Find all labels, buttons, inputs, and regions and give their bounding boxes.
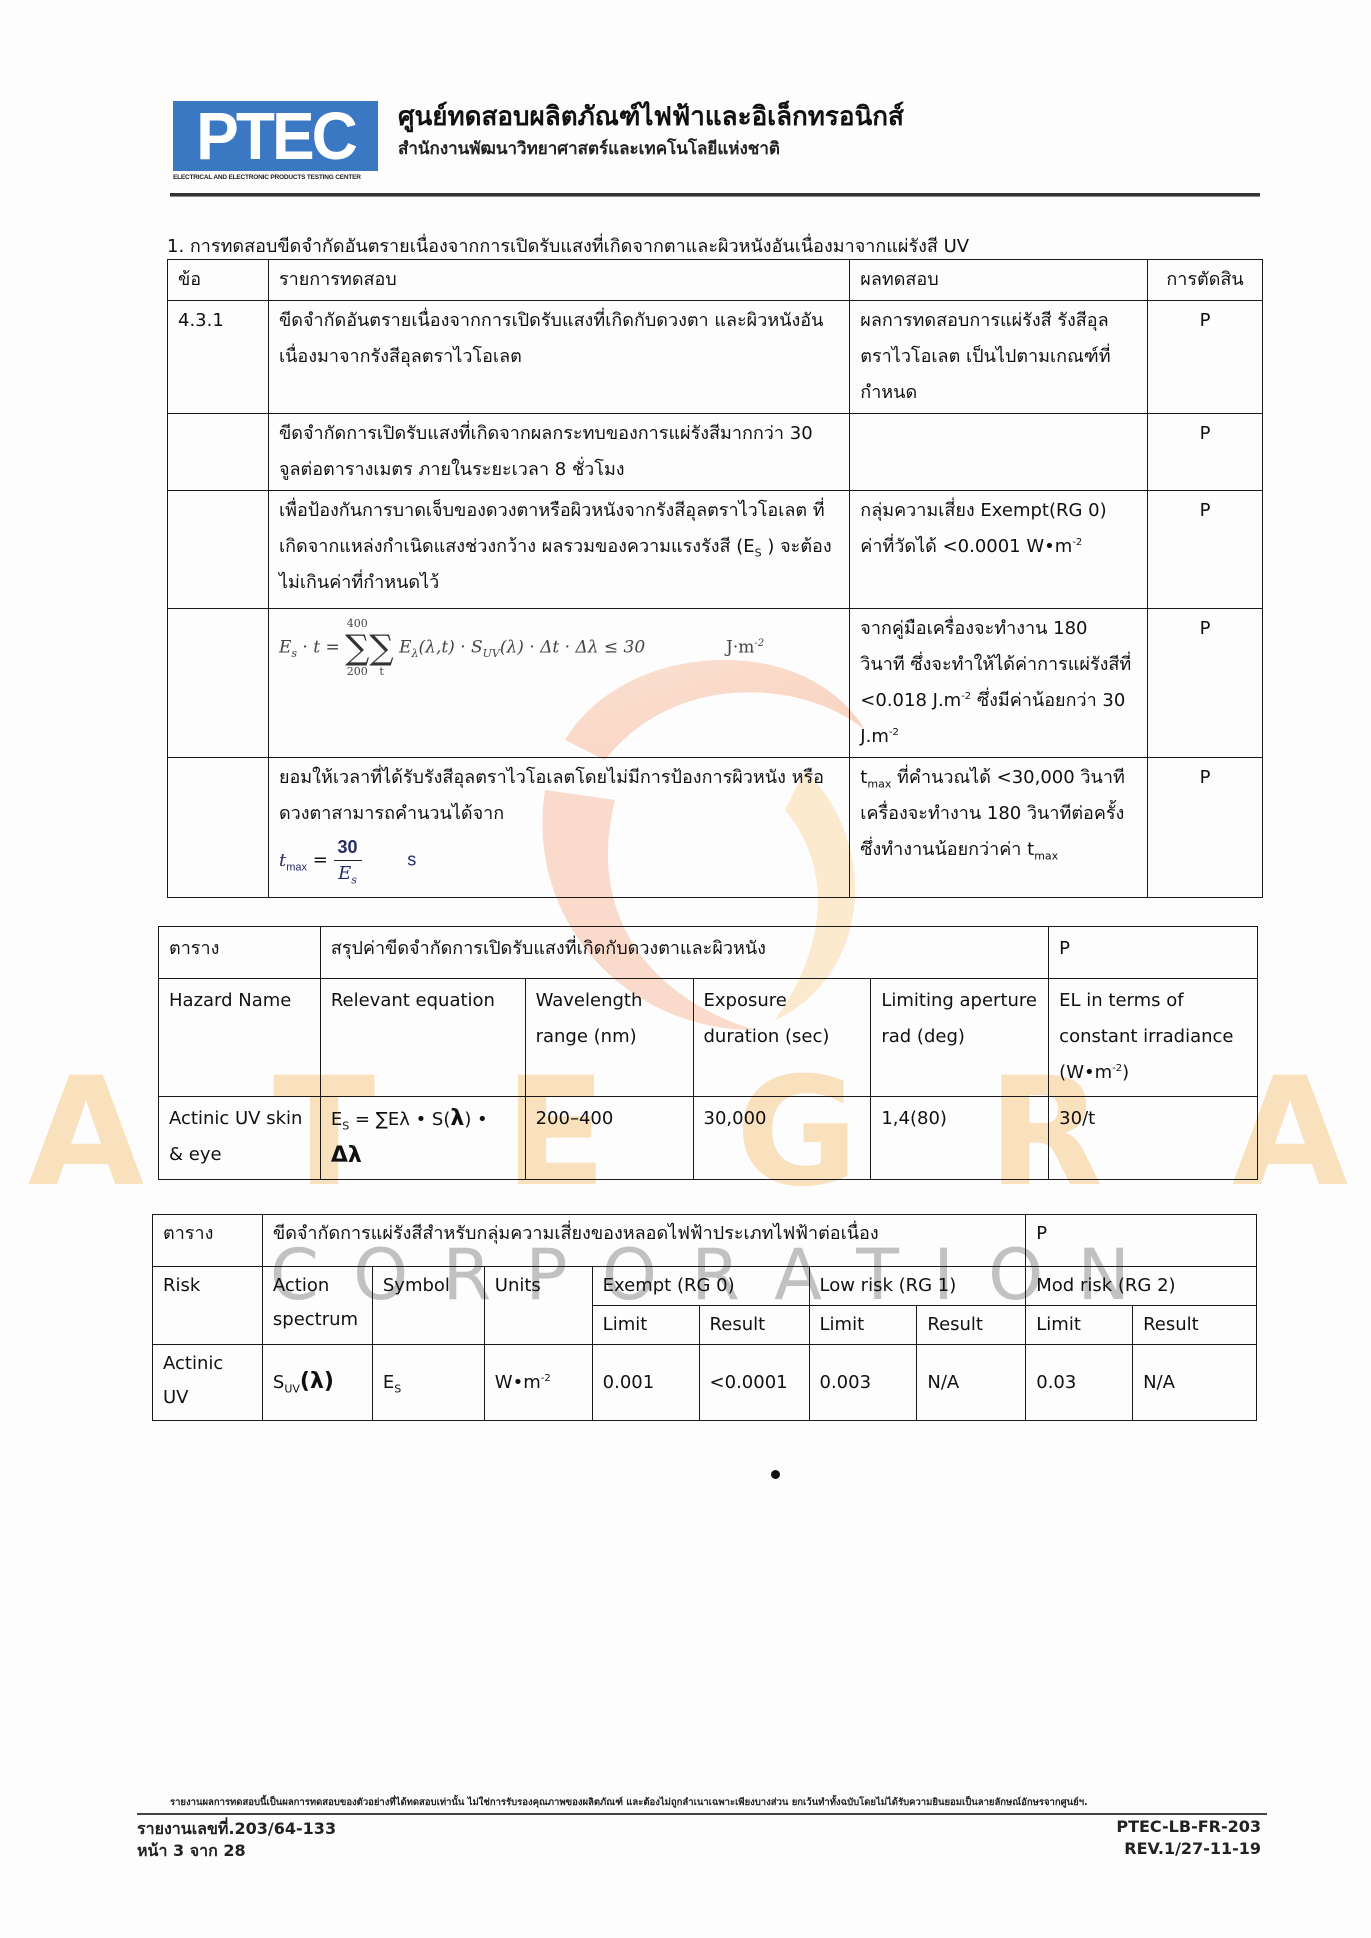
verdict-cell: P — [1148, 414, 1263, 491]
subheader-limit: Limit — [809, 1306, 917, 1345]
footer-divider — [137, 1813, 1267, 1815]
exempt-limit-cell: 0.001 — [592, 1345, 699, 1421]
revision: REV.1/27-11-19 — [1124, 1839, 1261, 1858]
subheader-result: Result — [1133, 1306, 1257, 1345]
result-cell: กลุ่มความเสี่ยง Exempt(RG 0)ค่าที่วัดได้… — [850, 491, 1148, 609]
table-header-row: ข้อ รายการทดสอบ ผลทดสอบ การตัดสิน — [168, 260, 1263, 301]
table-label: ตาราง — [159, 927, 321, 979]
sum-symbol-icon: ∑t — [369, 617, 393, 679]
wavelength-cell: 200–400 — [525, 1097, 693, 1180]
test-results-table: ข้อ รายการทดสอบ ผลทดสอบ การตัดสิน 4.3.1 … — [167, 259, 1263, 898]
header-risk: Risk — [153, 1267, 263, 1345]
table-title-row: ตาราง ขีดจำกัดการแผ่รังสีสำหรับกลุ่มความ… — [153, 1215, 1257, 1267]
subheader-limit: Limit — [1026, 1306, 1133, 1345]
risk-cell: Actinic UV — [153, 1345, 263, 1421]
clause-cell — [168, 609, 269, 758]
header-group-mod-risk: Mod risk (RG 2) — [1026, 1267, 1257, 1306]
logo-box: PTEC — [173, 101, 378, 171]
header-hazard-name: Hazard Name — [159, 979, 321, 1097]
verdict-cell: P — [1148, 758, 1263, 898]
table-row: 4.3.1 ขีดจำกัดอันตรายเนื่องจากการเปิดรับ… — [168, 301, 1263, 414]
clause-cell — [168, 491, 269, 609]
clause-cell — [168, 414, 269, 491]
header-action-spectrum: Action spectrum — [262, 1267, 372, 1345]
table-label: ตาราง — [153, 1215, 263, 1267]
table-row: ยอมให้เวลาที่ได้รับรังสีอุลตราไวโอเลตโดย… — [168, 758, 1263, 898]
form-code: PTEC-LB-FR-203 — [1116, 1817, 1261, 1836]
el-cell: 30/t — [1049, 1097, 1258, 1180]
result-cell — [850, 414, 1148, 491]
mod-risk-result-cell: N/A — [1133, 1345, 1257, 1421]
scan-speck — [771, 1470, 780, 1479]
table-title: สรุปค่าขีดจำกัดการเปิดรับแสงที่เกิดกับดว… — [320, 927, 1048, 979]
header-wavelength-range: Wavelength range (nm) — [525, 979, 693, 1097]
result-cell: ผลการทดสอบการแผ่รังสี รังสีอุลตราไวโอเลต… — [850, 301, 1148, 414]
verdict-cell: P — [1148, 491, 1263, 609]
section-title: 1. การทดสอบขีดจำกัดอันตรายเนื่องจากการเป… — [167, 231, 969, 260]
item-cell: ขีดจำกัดอันตรายเนื่องจากการเปิดรับแสงที่… — [268, 301, 849, 414]
item-cell: ยอมให้เวลาที่ได้รับรังสีอุลตราไวโอเลตโดย… — [268, 758, 849, 898]
verdict-cell: P — [1148, 301, 1263, 414]
hazard-cell: Actinic UV skin & eye — [159, 1097, 321, 1180]
exempt-result-cell: <0.0001 — [699, 1345, 809, 1421]
exposure-limits-summary-table: ตาราง สรุปค่าขีดจำกัดการเปิดรับแสงที่เกิ… — [158, 926, 1258, 1180]
table-row: เพื่อป้องกันการบาดเจ็บของดวงตาหรือผิวหนั… — [168, 491, 1263, 609]
table-verdict: P — [1026, 1215, 1257, 1267]
table-title-row: ตาราง สรุปค่าขีดจำกัดการเปิดรับแสงที่เกิ… — [159, 927, 1258, 979]
low-risk-limit-cell: 0.003 — [809, 1345, 917, 1421]
exposure-formula: Es · t = 400∑200 ∑t Eλ(λ,t) · SUV(λ) · Δ… — [279, 611, 839, 679]
org-subtitle: สำนักงานพัฒนาวิทยาศาสตร์และเทคโนโลยีแห่ง… — [398, 135, 780, 162]
result-cell: จากคู่มือเครื่องจะทำงาน 180 วินาที ซึ่งจ… — [850, 609, 1148, 758]
header-exposure-duration: Exposure duration (sec) — [693, 979, 871, 1097]
ptec-logo: PTEC ELECTRICAL AND ELECTRONIC PRODUCTS … — [173, 101, 378, 186]
table-verdict: P — [1049, 927, 1258, 979]
clause-cell: 4.3.1 — [168, 301, 269, 414]
header-clause: ข้อ — [168, 260, 269, 301]
units-cell: W•m-2 — [484, 1345, 592, 1421]
subheader-result: Result — [699, 1306, 809, 1345]
logo-subtitle: ELECTRICAL AND ELECTRONIC PRODUCTS TESTI… — [173, 174, 378, 181]
header-test-item: รายการทดสอบ — [268, 260, 849, 301]
header-group-low-risk: Low risk (RG 1) — [809, 1267, 1026, 1306]
table-row: Actinic UV SUV(λ) ES W•m-2 0.001 <0.0001… — [153, 1345, 1257, 1421]
header-symbol: Symbol — [372, 1267, 484, 1345]
sum-symbol-icon: 400∑200 — [345, 617, 369, 679]
header-units: Units — [484, 1267, 592, 1345]
header-relevant-equation: Relevant equation — [320, 979, 525, 1097]
header-el-irradiance: EL in terms of constant irradiance (W•m-… — [1049, 979, 1258, 1097]
exposure-cell: 30,000 — [693, 1097, 871, 1180]
clause-cell — [168, 758, 269, 898]
symbol-cell: ES — [372, 1345, 484, 1421]
header-verdict: การตัดสิน — [1148, 260, 1263, 301]
subheader-limit: Limit — [592, 1306, 699, 1345]
table-row: ขีดจำกัดการเปิดรับแสงที่เกิดจากผลกระทบขอ… — [168, 414, 1263, 491]
header-result: ผลทดสอบ — [850, 260, 1148, 301]
item-cell: เพื่อป้องกันการบาดเจ็บของดวงตาหรือผิวหนั… — [268, 491, 849, 609]
header-group-exempt: Exempt (RG 0) — [592, 1267, 809, 1306]
page-number: หน้า 3 จาก 28 — [137, 1839, 246, 1864]
equation-cell: ES = ∑Eλ • S(λ) • Δλ — [320, 1097, 525, 1180]
logo-text: PTEC — [196, 102, 355, 169]
subheader-result: Result — [917, 1306, 1026, 1345]
spectrum-cell: SUV(λ) — [262, 1345, 372, 1421]
table-row: Es · t = 400∑200 ∑t Eλ(λ,t) · SUV(λ) · Δ… — [168, 609, 1263, 758]
table-header-row: Hazard Name Relevant equation Wavelength… — [159, 979, 1258, 1097]
header-limiting-aperture: Limiting aperture rad (deg) — [871, 979, 1049, 1097]
table-row: Actinic UV skin & eye ES = ∑Eλ • S(λ) • … — [159, 1097, 1258, 1180]
header-divider — [170, 193, 1260, 197]
table-title: ขีดจำกัดการแผ่รังสีสำหรับกลุ่มความเสี่ยง… — [262, 1215, 1025, 1267]
verdict-cell: P — [1148, 609, 1263, 758]
result-cell: tmax ที่คำนวณได้ <30,000 วินาทีเครื่องจะ… — [850, 758, 1148, 898]
risk-group-limits-table: ตาราง ขีดจำกัดการแผ่รังสีสำหรับกลุ่มความ… — [152, 1214, 1257, 1421]
formula-cell: Es · t = 400∑200 ∑t Eλ(λ,t) · SUV(λ) · Δ… — [268, 609, 849, 758]
mod-risk-limit-cell: 0.03 — [1026, 1345, 1133, 1421]
footer-disclaimer: รายงานผลการทดสอบนี้เป็นผลการทดสอบของตัวอ… — [170, 1795, 1260, 1810]
org-title: ศูนย์ทดสอบผลิตภัณฑ์ไฟฟ้าและอิเล็กทรอนิกส… — [398, 96, 904, 137]
table-header-row: Risk Action spectrum Symbol Units Exempt… — [153, 1267, 1257, 1306]
aperture-cell: 1,4(80) — [871, 1097, 1049, 1180]
item-cell: ขีดจำกัดการเปิดรับแสงที่เกิดจากผลกระทบขอ… — [268, 414, 849, 491]
tmax-formula: tmax = 30Es s — [279, 834, 839, 887]
low-risk-result-cell: N/A — [917, 1345, 1026, 1421]
